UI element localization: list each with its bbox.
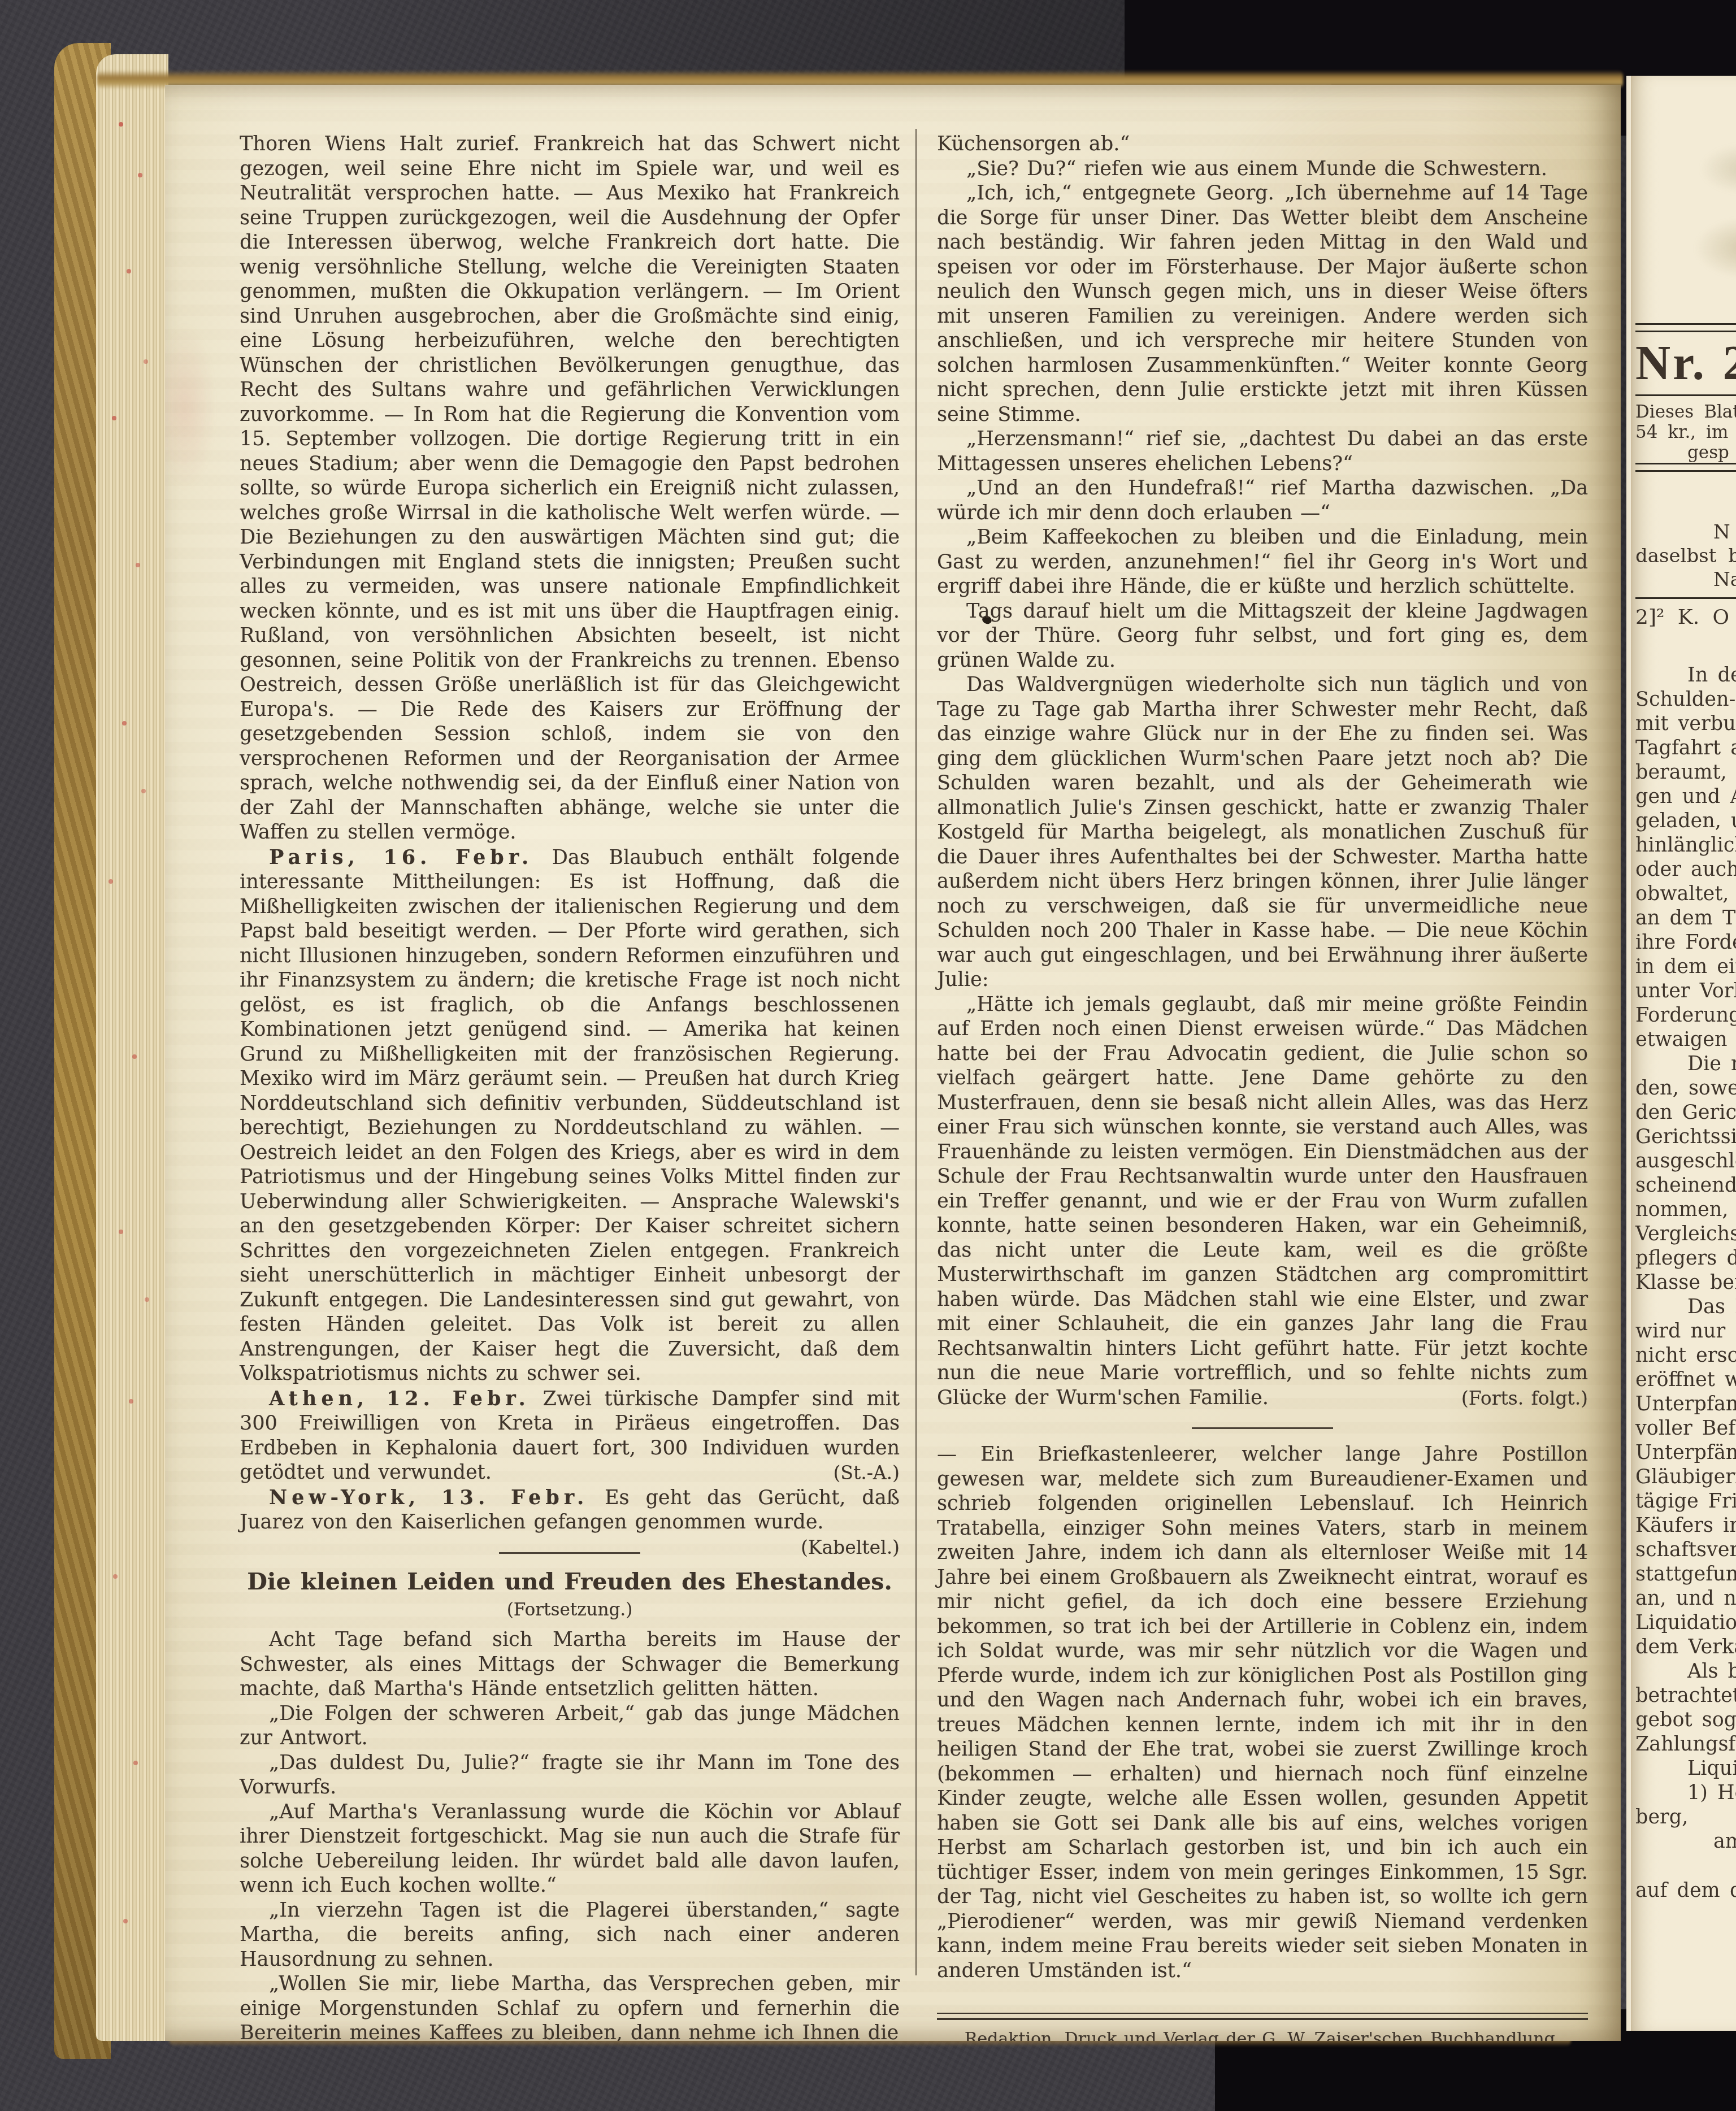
text-line: den Gerichts <box>1635 1101 1736 1125</box>
left-column: Thoren Wiens Halt zurief. Frankreich hat… <box>240 132 900 2041</box>
divider-rule <box>1635 394 1736 396</box>
text-line: Zahlungsfä <box>1635 1732 1736 1757</box>
text-line: Gerichtssitz <box>1635 1125 1736 1149</box>
text-line: 1) Heinr <box>1635 1781 1736 1805</box>
text-line: Unterpfände <box>1635 1441 1736 1465</box>
page-edge-stack <box>96 54 168 2041</box>
masthead-number: Nr. 2 <box>1635 337 1736 389</box>
divider-rule <box>1635 463 1736 472</box>
text-line: Gläubigern <box>1635 1465 1736 1489</box>
text-line: Forderunge <box>1635 1004 1736 1028</box>
stain <box>165 322 216 492</box>
red-sprinkle-edge-dots <box>119 122 123 127</box>
text-line: berg, <box>1635 1805 1736 1830</box>
notice-line: N a <box>1635 520 1736 544</box>
text-line: geladen, u <box>1635 809 1736 833</box>
text-line: oder auch, n <box>1635 858 1736 882</box>
text-line: nommen, d <box>1635 1198 1736 1222</box>
text-line: obwaltet, s <box>1635 882 1736 906</box>
article-headline: Die kleinen Leiden und Freuden des Ehest… <box>240 1567 900 1596</box>
paragraph: Das Waldvergnügen wiederholte sich nun t… <box>937 673 1588 993</box>
notice-line: daselbst be <box>1635 544 1736 568</box>
paragraph: „Wollen Sie mir, liebe Martha, das Versp… <box>240 1972 900 2041</box>
text-line: scheinenden <box>1635 1174 1736 1198</box>
text-line: Das Erg <box>1635 1295 1736 1319</box>
text-line: In den <box>1635 663 1736 688</box>
text-line: nicht ersche <box>1635 1344 1736 1368</box>
column-divider-rule <box>915 129 917 1975</box>
paragraph: Thoren Wiens Halt zurief. Frankreich hat… <box>240 132 900 845</box>
divider-rule <box>1635 323 1736 332</box>
dateline: Athen, 12. Febr. <box>269 1387 530 1410</box>
paragraph: „Beim Kaffeekochen zu bleiben und die Ei… <box>937 525 1588 600</box>
text-line: Liquidirt <box>1635 1757 1736 1781</box>
text-line: unter Vorle <box>1635 979 1736 1004</box>
divider-rule <box>1635 476 1736 520</box>
text-line: tägige Frist <box>1635 1489 1736 1514</box>
scanned-book-photo: { "page": { "left_column": { "blocks": [… <box>0 0 1736 2111</box>
newspaper-page: Thoren Wiens Halt zurief. Frankreich hat… <box>165 85 1621 2041</box>
divider-rule <box>1635 1854 1736 1879</box>
text-line: auf dem do <box>1635 1879 1736 1903</box>
divider-rule <box>1635 597 1736 599</box>
notice-line: Nag <box>1635 568 1736 592</box>
paragraph: — Ein Briefkastenleerer, welcher lange J… <box>937 1443 1588 1983</box>
text-line: am Die <box>1635 1830 1736 1854</box>
text-line: wird nur <box>1635 1319 1736 1344</box>
text-line: Schulden-L <box>1635 688 1736 712</box>
paragraph: Paris, 16. Febr. Das Blaubuch enthält fo… <box>240 845 900 1387</box>
text-line: Käufers in <box>1635 1514 1736 1538</box>
text-line: etwaigen B <box>1635 1028 1736 1052</box>
next-page-text: Nr. 2Dieses Blat54 kr., imgespN adaselbs… <box>1635 76 1736 1903</box>
article-subtitle: (Fortsetzung.) <box>240 1598 900 1623</box>
paragraph: „Sie? Du?“ riefen wie aus einem Munde di… <box>937 157 1588 182</box>
paragraph: „Und an den Hundefraß!“ rief Martha dazw… <box>937 476 1588 525</box>
text-line: Liquidations <box>1635 1611 1736 1635</box>
divider-rule <box>1192 1427 1333 1429</box>
paragraph: New-York, 13. Febr. Es geht das Gerücht,… <box>240 1485 900 1535</box>
text-line: an, und n <box>1635 1587 1736 1611</box>
paragraph: „Hätte ich jemals geglaubt, daß mir mein… <box>937 993 1588 1411</box>
paragraph: „Herzensmann!“ rief sie, „dachtest Du da… <box>937 427 1588 476</box>
text-line: Als besse <box>1635 1660 1736 1684</box>
text-line: dem Verkau <box>1635 1635 1736 1660</box>
source-credit: (Forts. folgt.) <box>1432 1386 1588 1411</box>
paragraph: „Die Folgen der schweren Arbeit,“ gab da… <box>240 1702 900 1751</box>
paragraph: Acht Tage befand sich Martha bereits im … <box>240 1628 900 1702</box>
paragraph: Tags darauf hielt um die Mittagszeit der… <box>937 600 1588 674</box>
subscription-line: Dieses Blat <box>1635 402 1736 422</box>
dateline: Paris, 16. Febr. <box>269 846 533 869</box>
text-line: hinlänglich <box>1635 833 1736 858</box>
text-line: mit verbun <box>1635 712 1736 736</box>
paragraph: Athen, 12. Febr. Zwei türkische Dampfer … <box>240 1387 900 1485</box>
right-column: Küchensorgen ab.“„Sie? Du?“ riefen wie a… <box>937 132 1588 2041</box>
text-line: Tagfahrt a <box>1635 736 1736 761</box>
text-line: stattgefunde <box>1635 1562 1736 1587</box>
text-line: schaftsverka <box>1635 1538 1736 1562</box>
ad-marker: 2]² K. O <box>1635 605 1736 631</box>
subscription-line: 54 kr., im <box>1635 422 1736 442</box>
text-line: pflegers de <box>1635 1246 1736 1271</box>
text-line: Unterpfand <box>1635 1392 1736 1417</box>
text-line: Klasse beitr <box>1635 1271 1736 1295</box>
text-line: gebot soglei <box>1635 1708 1736 1732</box>
text-line: Vergleichs <box>1635 1222 1736 1246</box>
source-credit: (St.-A.) <box>804 1461 900 1485</box>
paragraph: „Auf Martha's Veranlassung wurde die Köc… <box>240 1800 900 1899</box>
paragraph: Küchensorgen ab.“ <box>937 132 1588 157</box>
paragraph: „Ich, ich,“ entgegnete Georg. „Ich übern… <box>937 181 1588 427</box>
text-line: an dem T <box>1635 906 1736 931</box>
text-line: ausgeschloss <box>1635 1149 1736 1174</box>
dateline: New-York, 13. Febr. <box>269 1486 588 1509</box>
text-line: ihre Forder <box>1635 931 1736 955</box>
next-page-fragment: Nr. 2Dieses Blat54 kr., imgespN adaselbs… <box>1626 76 1736 2031</box>
text-line: Die nich <box>1635 1052 1736 1076</box>
divider-rule <box>499 1552 640 1554</box>
text-line: eröffnet we <box>1635 1368 1736 1392</box>
headline-fragment: Sch <box>1635 631 1736 663</box>
text-line: beraumt, u <box>1635 761 1736 785</box>
paragraph: „Das duldest Du, Julie?“ fragte sie ihr … <box>240 1751 900 1800</box>
text-line: betrachtet, n <box>1635 1684 1736 1708</box>
text-line: voller Befr <box>1635 1417 1736 1441</box>
paragraph: „In vierzehn Tagen ist die Plagerei über… <box>240 1899 900 1973</box>
text-line: den, sowei <box>1635 1076 1736 1101</box>
text-line: gen und Ab <box>1635 785 1736 809</box>
subscription-line: gesp <box>1635 442 1736 463</box>
text-line: in dem ein <box>1635 955 1736 979</box>
imprint-footer: Redaktion, Druck und Verlag der G. W. Za… <box>937 2027 1588 2041</box>
divider-rule <box>937 2013 1588 2020</box>
source-credit: (Kabeltel.) <box>771 1535 900 1560</box>
